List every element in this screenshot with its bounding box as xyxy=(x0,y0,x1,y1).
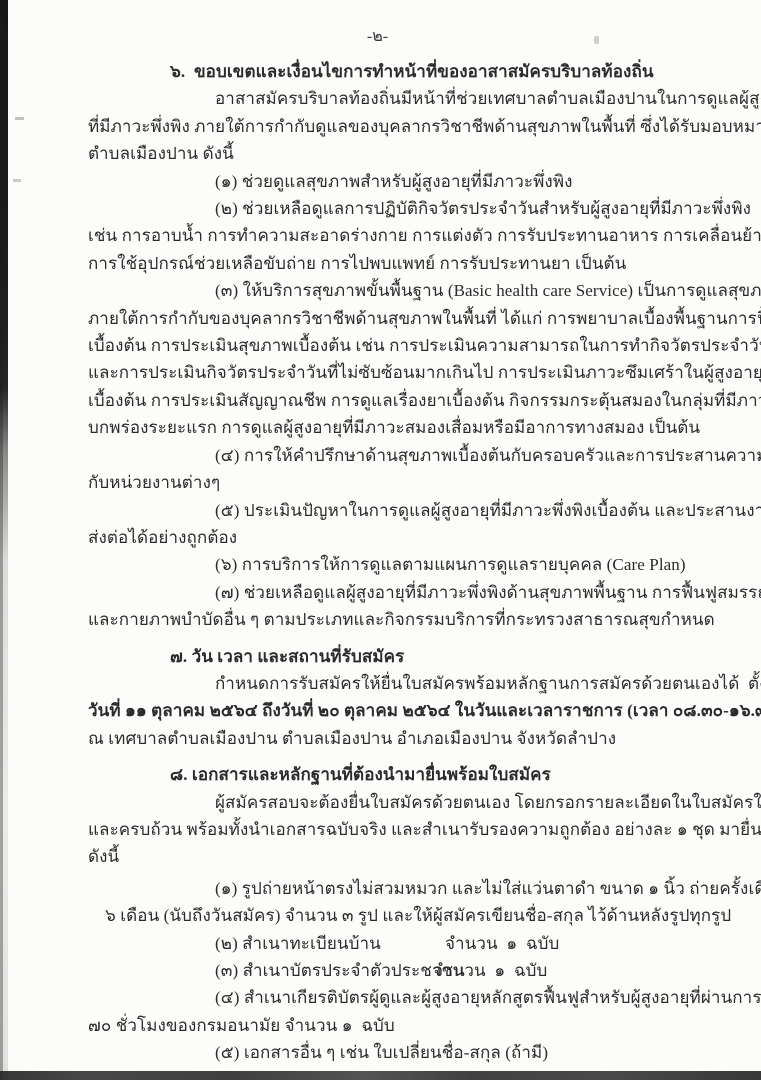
list-item: (๓) ให้บริการสุขภาพขั้นพื้นฐาน (Basic he… xyxy=(88,277,694,304)
doc-item-certificate-cont: ๗๐ ชั่วโมงของกรมอนามัย จำนวน ๑ ฉบับ xyxy=(88,1012,694,1039)
application-period-line: วันที่ ๑๑ ตุลาคม ๒๕๖๔ ถึงวันที่ ๒๐ ตุลาค… xyxy=(88,697,694,724)
section-7-heading: ๗. วัน เวลา และสถานที่รับสมัคร xyxy=(88,643,694,670)
list-item: (๔) การให้คำปรึกษาด้านสุขภาพเบื้องต้นกับ… xyxy=(88,442,694,469)
list-item: (๗) ช่วยเหลือดูแลผู้สูงอายุที่มีภาวะพึ่ง… xyxy=(88,579,694,606)
section-8-heading: ๘. เอกสารและหลักฐานที่ต้องนำมายื่นพร้อมใ… xyxy=(88,761,694,788)
text-line: ผู้สมัครสอบจะต้องยื่นใบสมัครด้วยตนเอง โด… xyxy=(88,789,694,816)
scan-speck xyxy=(13,179,21,182)
text-line: การใช้อุปกรณ์ช่วยเหลือขับถ่าย การไปพบแพท… xyxy=(88,250,694,277)
scanned-document-page: -๒- ๖. ขอบเขตและเงื่อนไขการทำหน้าที่ของอ… xyxy=(0,0,761,1080)
text-line: เบื้องต้น การประเมินสุขภาพเบื้องต้น เช่น… xyxy=(88,332,694,359)
doc-item-id-card: (๓) สำเนาบัตรประจำตัวประชาชนจำนวน ๑ ฉบับ xyxy=(88,957,694,984)
text-line: และครบถ้วน พร้อมทั้งนำเอกสารฉบับจริง และ… xyxy=(88,816,694,843)
doc-quantity: จำนวน ๑ ฉบับ xyxy=(433,961,547,980)
doc-quantity: จำนวน ๑ ฉบับ xyxy=(445,934,559,953)
application-place-line: ณ เทศบาลตำบลเมืองปาน ตำบลเมืองปาน อำเภอเ… xyxy=(88,725,694,752)
text-line: ที่มีภาวะพึ่งพิง ภายใต้การกำกับดูแลของบุ… xyxy=(88,113,694,140)
text-line: ส่งต่อได้อย่างถูกต้อง xyxy=(88,524,694,551)
doc-label: (๒) สำเนาทะเบียนบ้าน xyxy=(215,930,445,957)
text-line: บกพร่องระยะแรก การดูแลผู้สูงอายุที่มีภาว… xyxy=(88,414,694,441)
doc-item-photo: (๑) รูปถ่ายหน้าตรงไม่สวมหมวก และไม่ใส่แว… xyxy=(88,875,694,902)
section-6-heading: ๖. ขอบเขตและเงื่อนไขการทำหน้าที่ของอาสาส… xyxy=(88,58,694,85)
text-line: และการประเมินกิจวัตรประจำวันที่ไม่ซับซ้อ… xyxy=(88,359,694,386)
list-item: (๖) การบริการให้การดูแลตามแผนการดูแลรายบ… xyxy=(88,551,694,578)
list-item: (๑) ช่วยดูแลสุขภาพสำหรับผู้สูงอายุที่มีภ… xyxy=(88,168,694,195)
doc-label: (๓) สำเนาบัตรประจำตัวประชาชน xyxy=(215,957,433,984)
text-line: ดังนี้ xyxy=(88,843,694,870)
doc-item-photo-cont: ๖ เดือน (นับถึงวันสมัคร) จำนวน ๓ รูป และ… xyxy=(88,902,694,929)
text-line: และกายภาพบำบัดอื่น ๆ ตามประเภทและกิจกรรม… xyxy=(88,606,694,633)
scan-edge-left-thin xyxy=(0,0,3,1080)
list-item: (๒) ช่วยเหลือดูแลการปฏิบัติกิจวัตรประจำว… xyxy=(88,195,694,222)
doc-item-certificate: (๔) สำเนาเกียรติบัตรผู้ดูและผู้สูงอายุหล… xyxy=(88,984,694,1011)
text-line: ตำบลเมืองปาน ดังนี้ xyxy=(88,140,694,167)
text-line: เช่น การอาบน้ำ การทำความสะอาดร่างกาย การ… xyxy=(88,222,694,249)
text-line: อาสาสมัครบริบาลท้องถิ่นมีหน้าที่ช่วยเทศบ… xyxy=(88,85,694,112)
document-content: ๖. ขอบเขตและเงื่อนไขการทำหน้าที่ของอาสาส… xyxy=(88,58,694,1067)
text-line: กับหน่วยงานต่างๆ xyxy=(88,469,694,496)
list-item: (๕) ประเมินปัญหาในการดูแลผู้สูงอายุที่มี… xyxy=(88,497,694,524)
text-line: ภายใต้การกำกับของบุคลากรวิชาชีพด้านสุขภา… xyxy=(88,305,694,332)
page-number: -๒- xyxy=(0,24,755,49)
scan-edge-bottom xyxy=(0,1071,761,1080)
doc-item-house-registration: (๒) สำเนาทะเบียนบ้านจำนวน ๑ ฉบับ xyxy=(88,930,694,957)
scan-speck xyxy=(15,117,24,120)
doc-item-other: (๕) เอกสารอื่น ๆ เช่น ใบเปลี่ยนชื่อ-สกุล… xyxy=(88,1039,694,1066)
text-line: กำหนดการรับสมัครให้ยื่นใบสมัครพร้อมหลักฐ… xyxy=(88,670,694,697)
text-line: เบื้องต้น การประเมินสัญญาณชีพ การดูแลเรื… xyxy=(88,387,694,414)
